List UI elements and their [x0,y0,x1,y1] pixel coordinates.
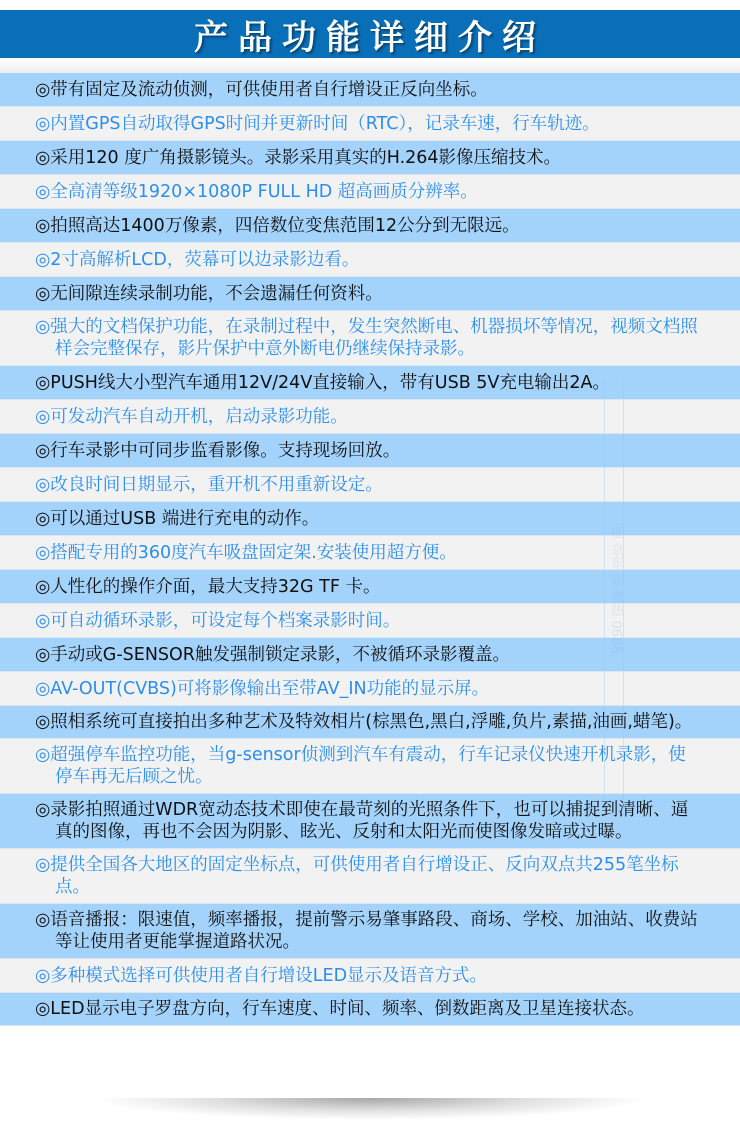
feature-item: ◎超强停车监控功能，当g-sensor侦测到汽车有震动，行车记录仪快速开机录影，… [0,739,740,794]
feature-item: ◎内置GPS自动取得GPS时间并更新时间（RTC），记录车速，行车轨迹。 [0,107,740,141]
feature-list: ◎带有固定及流动侦测，可供使用者自行增设正反向坐标。 ◎内置GPS自动取得GPS… [0,73,740,1026]
feature-item: ◎PUSH线大小型汽车通用12V/24V直接输入，带有USB 5V充电输出2A。 [0,366,740,400]
banner-divider [0,58,740,73]
feature-item: ◎AV-OUT(CVBS)可将影像输出至带AV_IN功能的显示屏。 [0,672,740,706]
feature-text: PUSH线大小型汽车通用12V/24V直接输入，带有USB 5V充电输出2A。 [50,373,610,393]
bullet-icon: ◎ [35,855,50,875]
feature-text: 多种模式选择可供使用者自行增设LED显示及语音方式。 [50,966,487,986]
feature-item: ◎录影拍照通过WDR宽动态技术即使在最苛刻的光照条件下，也可以捕捉到清晰、逼真的… [0,794,740,849]
title-banner: 产品功能详细介绍 [0,10,740,58]
bullet-icon: ◎ [35,745,50,765]
bullet-icon: ◎ [35,800,50,820]
feature-text: 内置GPS自动取得GPS时间并更新时间（RTC），记录车速，行车轨迹。 [50,114,599,134]
feature-text: 全高清等级1920×1080P FULL HD 超高画质分辨率。 [50,182,477,202]
feature-item: ◎无间隙连续录制功能，不会遗漏任何资料。 [0,277,740,311]
feature-item: ◎LED显示电子罗盘方向，行车速度、时间、频率、倒数距离及卫星连接状态。 [0,993,740,1026]
bullet-icon: ◎ [35,966,50,986]
feature-item: ◎带有固定及流动侦测，可供使用者自行增设正反向坐标。 [0,73,740,107]
bullet-icon: ◎ [35,712,50,732]
feature-item: ◎搭配专用的360度汽车吸盘固定架.安装使用超方便。 [0,536,740,570]
feature-text: 语音播报：限速值，频率播报，提前警示易肇事路段、商场、学校、加油站、收费站等让使… [50,910,698,952]
feature-text: 可自动循环录影，可设定每个档案录影时间。 [50,611,400,631]
feature-text: AV-OUT(CVBS)可将影像输出至带AV_IN功能的显示屏。 [50,679,489,699]
feature-text: 采用120 度广角摄影镜头。录影采用真实的H.264影像压缩技术。 [50,148,561,168]
bullet-icon: ◎ [35,611,50,631]
feature-text: 可发动汽车自动开机，启动录影功能。 [50,407,348,427]
bullet-icon: ◎ [35,645,50,665]
feature-item: ◎人性化的操作介面，最大支持32G TF 卡。 [0,570,740,604]
bullet-icon: ◎ [35,250,50,270]
feature-item: ◎2寸高解析LCD，荧幕可以边录影边看。 [0,243,740,277]
bullet-icon: ◎ [35,543,50,563]
feature-text: 行车录影中可同步监看影像。支持现场回放。 [50,441,400,461]
bullet-icon: ◎ [35,407,50,427]
feature-item: ◎语音播报：限速值，频率播报，提前警示易肇事路段、商场、学校、加油站、收费站等让… [0,904,740,959]
feature-item: ◎可发动汽车自动开机，启动录影功能。 [0,400,740,434]
bullet-icon: ◎ [35,114,50,134]
bullet-icon: ◎ [35,509,50,529]
feature-item: ◎可以通过USB 端进行充电的动作。 [0,502,740,536]
page-title: 产品功能详细介绍 [194,10,546,59]
feature-item: ◎照相系统可直接拍出多种艺术及特效相片(棕黑色,黑白,浮雕,负片,素描,油画,蜡… [0,706,740,739]
bullet-icon: ◎ [35,373,50,393]
feature-text: 照相系统可直接拍出多种艺术及特效相片(棕黑色,黑白,浮雕,负片,素描,油画,蜡笔… [50,712,692,732]
bottom-shadow [90,1098,650,1120]
bullet-icon: ◎ [35,441,50,461]
bullet-icon: ◎ [35,475,50,495]
feature-text: 超强停车监控功能，当g-sensor侦测到汽车有震动，行车记录仪快速开机录影，使… [50,745,685,787]
feature-text: LED显示电子罗盘方向，行车速度、时间、频率、倒数距离及卫星连接状态。 [50,999,644,1019]
feature-text: 录影拍照通过WDR宽动态技术即使在最苛刻的光照条件下，也可以捕捉到清晰、逼真的图… [50,800,688,842]
feature-text: 2寸高解析LCD，荧幕可以边录影边看。 [50,250,359,270]
feature-text: 带有固定及流动侦测，可供使用者自行增设正反向坐标。 [50,80,488,100]
bullet-icon: ◎ [35,284,50,304]
bullet-icon: ◎ [35,577,50,597]
feature-item: ◎强大的文档保护功能，在录制过程中，发生突然断电、机器损坏等情况，视频文档照样会… [0,311,740,366]
bullet-icon: ◎ [35,216,50,236]
feature-text: 提供全国各大地区的固定坐标点，可供使用者自行增设正、反向双点共255笔坐标点。 [50,855,678,897]
feature-item: ◎拍照高达1400万像素，四倍数位变焦范围12公分到无限远。 [0,209,740,243]
bullet-icon: ◎ [35,148,50,168]
bullet-icon: ◎ [35,317,50,337]
feature-text: 人性化的操作介面，最大支持32G TF 卡。 [50,577,380,597]
feature-text: 搭配专用的360度汽车吸盘固定架.安装使用超方便。 [50,543,456,563]
bullet-icon: ◎ [35,910,50,930]
bullet-icon: ◎ [35,182,50,202]
feature-item: ◎全高清等级1920×1080P FULL HD 超高画质分辨率。 [0,175,740,209]
feature-text: 可以通过USB 端进行充电的动作。 [50,509,319,529]
feature-item: ◎多种模式选择可供使用者自行增设LED显示及语音方式。 [0,959,740,993]
feature-item: ◎手动或G-SENSOR触发强制锁定录影，不被循环录影覆盖。 [0,638,740,672]
feature-text: 无间隙连续录制功能，不会遗漏任何资料。 [50,284,383,304]
feature-item: ◎可自动循环录影，可设定每个档案录影时间。 [0,604,740,638]
bullet-icon: ◎ [35,679,50,699]
feature-item: ◎改良时间日期显示，重开机不用重新设定。 [0,468,740,502]
feature-item: ◎提供全国各大地区的固定坐标点，可供使用者自行增设正、反向双点共255笔坐标点。 [0,849,740,904]
feature-text: 改良时间日期显示，重开机不用重新设定。 [50,475,383,495]
feature-text: 手动或G-SENSOR触发强制锁定录影，不被循环录影覆盖。 [50,645,510,665]
feature-item: ◎采用120 度广角摄影镜头。录影采用真实的H.264影像压缩技术。 [0,141,740,175]
bullet-icon: ◎ [35,999,50,1019]
bullet-icon: ◎ [35,80,50,100]
feature-text: 强大的文档保护功能，在录制过程中，发生突然断电、机器损坏等情况，视频文档照样会完… [50,317,698,359]
feature-item: ◎行车录影中可同步监看影像。支持现场回放。 [0,434,740,468]
feature-text: 拍照高达1400万像素，四倍数位变焦范围12公分到无限远。 [50,216,519,236]
